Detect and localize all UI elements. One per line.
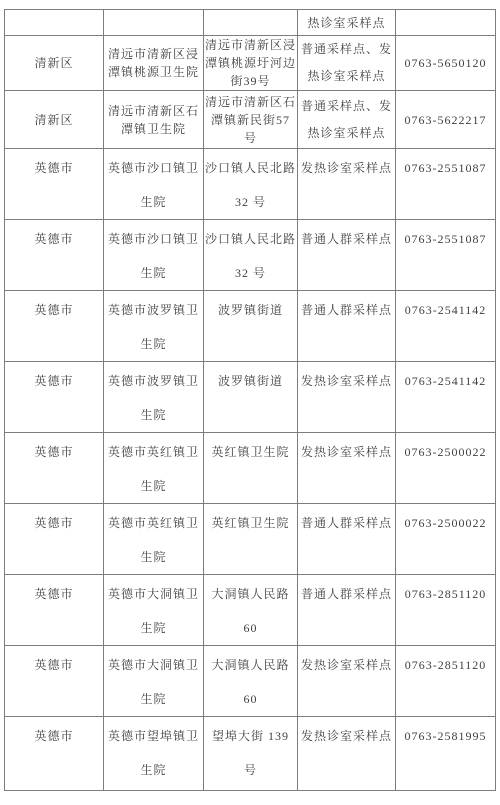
cell-institution: 英德市望埠镇卫 生院 bbox=[104, 717, 204, 791]
cell-institution: 英德市沙口镇卫 生院 bbox=[104, 149, 204, 220]
cell-district: 英德市 bbox=[5, 433, 104, 504]
cell-sampling-type: 热诊室采样点 bbox=[298, 10, 396, 36]
cell-phone: 0763-2551087 bbox=[396, 220, 496, 291]
cell-district: 英德市 bbox=[5, 291, 104, 362]
cell-address: 英红镇卫生院 bbox=[204, 433, 298, 504]
cell-phone: 0763-2541142 bbox=[396, 362, 496, 433]
cell-phone bbox=[396, 10, 496, 36]
cell-phone: 0763-2500022 bbox=[396, 504, 496, 575]
cell-phone: 0763-2551087 bbox=[396, 149, 496, 220]
sampling-points-table: 热诊室采样点 清新区 清远市清新区浸 潭镇桃源卫生院 清远市清新区浸 潭镇桃源圩… bbox=[4, 9, 496, 791]
table-row: 英德市 英德市波罗镇卫 生院 波罗镇街道 普通人群采样点 0763-254114… bbox=[5, 291, 496, 362]
table-row: 清新区 清远市清新区石 潭镇卫生院 清远市清新区石 潭镇新民街57号 普通采样点… bbox=[5, 91, 496, 149]
cell-district: 清新区 bbox=[5, 91, 104, 149]
table-row-clipped: 热诊室采样点 bbox=[5, 10, 496, 36]
cell-institution: 英德市沙口镇卫 生院 bbox=[104, 220, 204, 291]
table-row: 英德市 英德市大洞镇卫 生院 大洞镇人民路 60 发热诊室采样点 0763-28… bbox=[5, 646, 496, 717]
cell-district: 清新区 bbox=[5, 36, 104, 91]
cell-district: 英德市 bbox=[5, 717, 104, 791]
cell-sampling-type: 普通人群采样点 bbox=[298, 575, 396, 646]
cell-district: 英德市 bbox=[5, 504, 104, 575]
table-row: 英德市 英德市沙口镇卫 生院 沙口镇人民北路 32 号 发热诊室采样点 0763… bbox=[5, 149, 496, 220]
cell-district bbox=[5, 10, 104, 36]
cell-address: 清远市清新区浸 潭镇桃源圩河边 街39号 bbox=[204, 36, 298, 91]
cell-institution: 英德市英红镇卫 生院 bbox=[104, 504, 204, 575]
cell-sampling-type: 发热诊室采样点 bbox=[298, 149, 396, 220]
cell-sampling-type: 普通人群采样点 bbox=[298, 504, 396, 575]
cell-phone: 0763-2541142 bbox=[396, 291, 496, 362]
cell-institution: 英德市大洞镇卫 生院 bbox=[104, 575, 204, 646]
cell-phone: 0763-2851120 bbox=[396, 646, 496, 717]
cell-address: 大洞镇人民路 60 bbox=[204, 646, 298, 717]
cell-institution: 英德市波罗镇卫 生院 bbox=[104, 291, 204, 362]
cell-sampling-type: 发热诊室采样点 bbox=[298, 717, 396, 791]
cell-institution: 清远市清新区浸 潭镇桃源卫生院 bbox=[104, 36, 204, 91]
cell-address: 沙口镇人民北路 32 号 bbox=[204, 149, 298, 220]
cell-sampling-type: 普通人群采样点 bbox=[298, 291, 396, 362]
cell-sampling-type: 发热诊室采样点 bbox=[298, 646, 396, 717]
cell-phone: 0763-2500022 bbox=[396, 433, 496, 504]
cell-phone: 0763-2851120 bbox=[396, 575, 496, 646]
cell-district: 英德市 bbox=[5, 362, 104, 433]
cell-phone: 0763-5622217 bbox=[396, 91, 496, 149]
cell-institution: 英德市波罗镇卫 生院 bbox=[104, 362, 204, 433]
cell-sampling-type: 普通采样点、发 热诊室采样点 bbox=[298, 36, 396, 91]
cell-district: 英德市 bbox=[5, 646, 104, 717]
cell-sampling-type: 普通人群采样点 bbox=[298, 220, 396, 291]
cell-address: 沙口镇人民北路 32 号 bbox=[204, 220, 298, 291]
cell-sampling-type: 普通采样点、发 热诊室采样点 bbox=[298, 91, 396, 149]
table-row: 英德市 英德市望埠镇卫 生院 望埠大街 139 号 发热诊室采样点 0763-2… bbox=[5, 717, 496, 791]
cell-district: 英德市 bbox=[5, 575, 104, 646]
page: 热诊室采样点 清新区 清远市清新区浸 潭镇桃源卫生院 清远市清新区浸 潭镇桃源圩… bbox=[0, 0, 500, 805]
cell-institution: 英德市英红镇卫 生院 bbox=[104, 433, 204, 504]
cell-address bbox=[204, 10, 298, 36]
cell-institution bbox=[104, 10, 204, 36]
cell-institution: 英德市大洞镇卫 生院 bbox=[104, 646, 204, 717]
table-row: 英德市 英德市大洞镇卫 生院 大洞镇人民路 60 普通人群采样点 0763-28… bbox=[5, 575, 496, 646]
table-row: 英德市 英德市波罗镇卫 生院 波罗镇街道 发热诊室采样点 0763-254114… bbox=[5, 362, 496, 433]
cell-address: 清远市清新区石 潭镇新民街57号 bbox=[204, 91, 298, 149]
cell-phone: 0763-5650120 bbox=[396, 36, 496, 91]
cell-phone: 0763-2581995 bbox=[396, 717, 496, 791]
cell-institution: 清远市清新区石 潭镇卫生院 bbox=[104, 91, 204, 149]
cell-address: 英红镇卫生院 bbox=[204, 504, 298, 575]
cell-district: 英德市 bbox=[5, 149, 104, 220]
table-row: 英德市 英德市英红镇卫 生院 英红镇卫生院 普通人群采样点 0763-25000… bbox=[5, 504, 496, 575]
cell-address: 波罗镇街道 bbox=[204, 362, 298, 433]
cell-address: 大洞镇人民路 60 bbox=[204, 575, 298, 646]
cell-address: 波罗镇街道 bbox=[204, 291, 298, 362]
cell-sampling-type: 发热诊室采样点 bbox=[298, 362, 396, 433]
table-row: 英德市 英德市英红镇卫 生院 英红镇卫生院 发热诊室采样点 0763-25000… bbox=[5, 433, 496, 504]
cell-district: 英德市 bbox=[5, 220, 104, 291]
table-row: 清新区 清远市清新区浸 潭镇桃源卫生院 清远市清新区浸 潭镇桃源圩河边 街39号… bbox=[5, 36, 496, 91]
cell-address: 望埠大街 139 号 bbox=[204, 717, 298, 791]
table-row: 英德市 英德市沙口镇卫 生院 沙口镇人民北路 32 号 普通人群采样点 0763… bbox=[5, 220, 496, 291]
cell-sampling-type: 发热诊室采样点 bbox=[298, 433, 396, 504]
